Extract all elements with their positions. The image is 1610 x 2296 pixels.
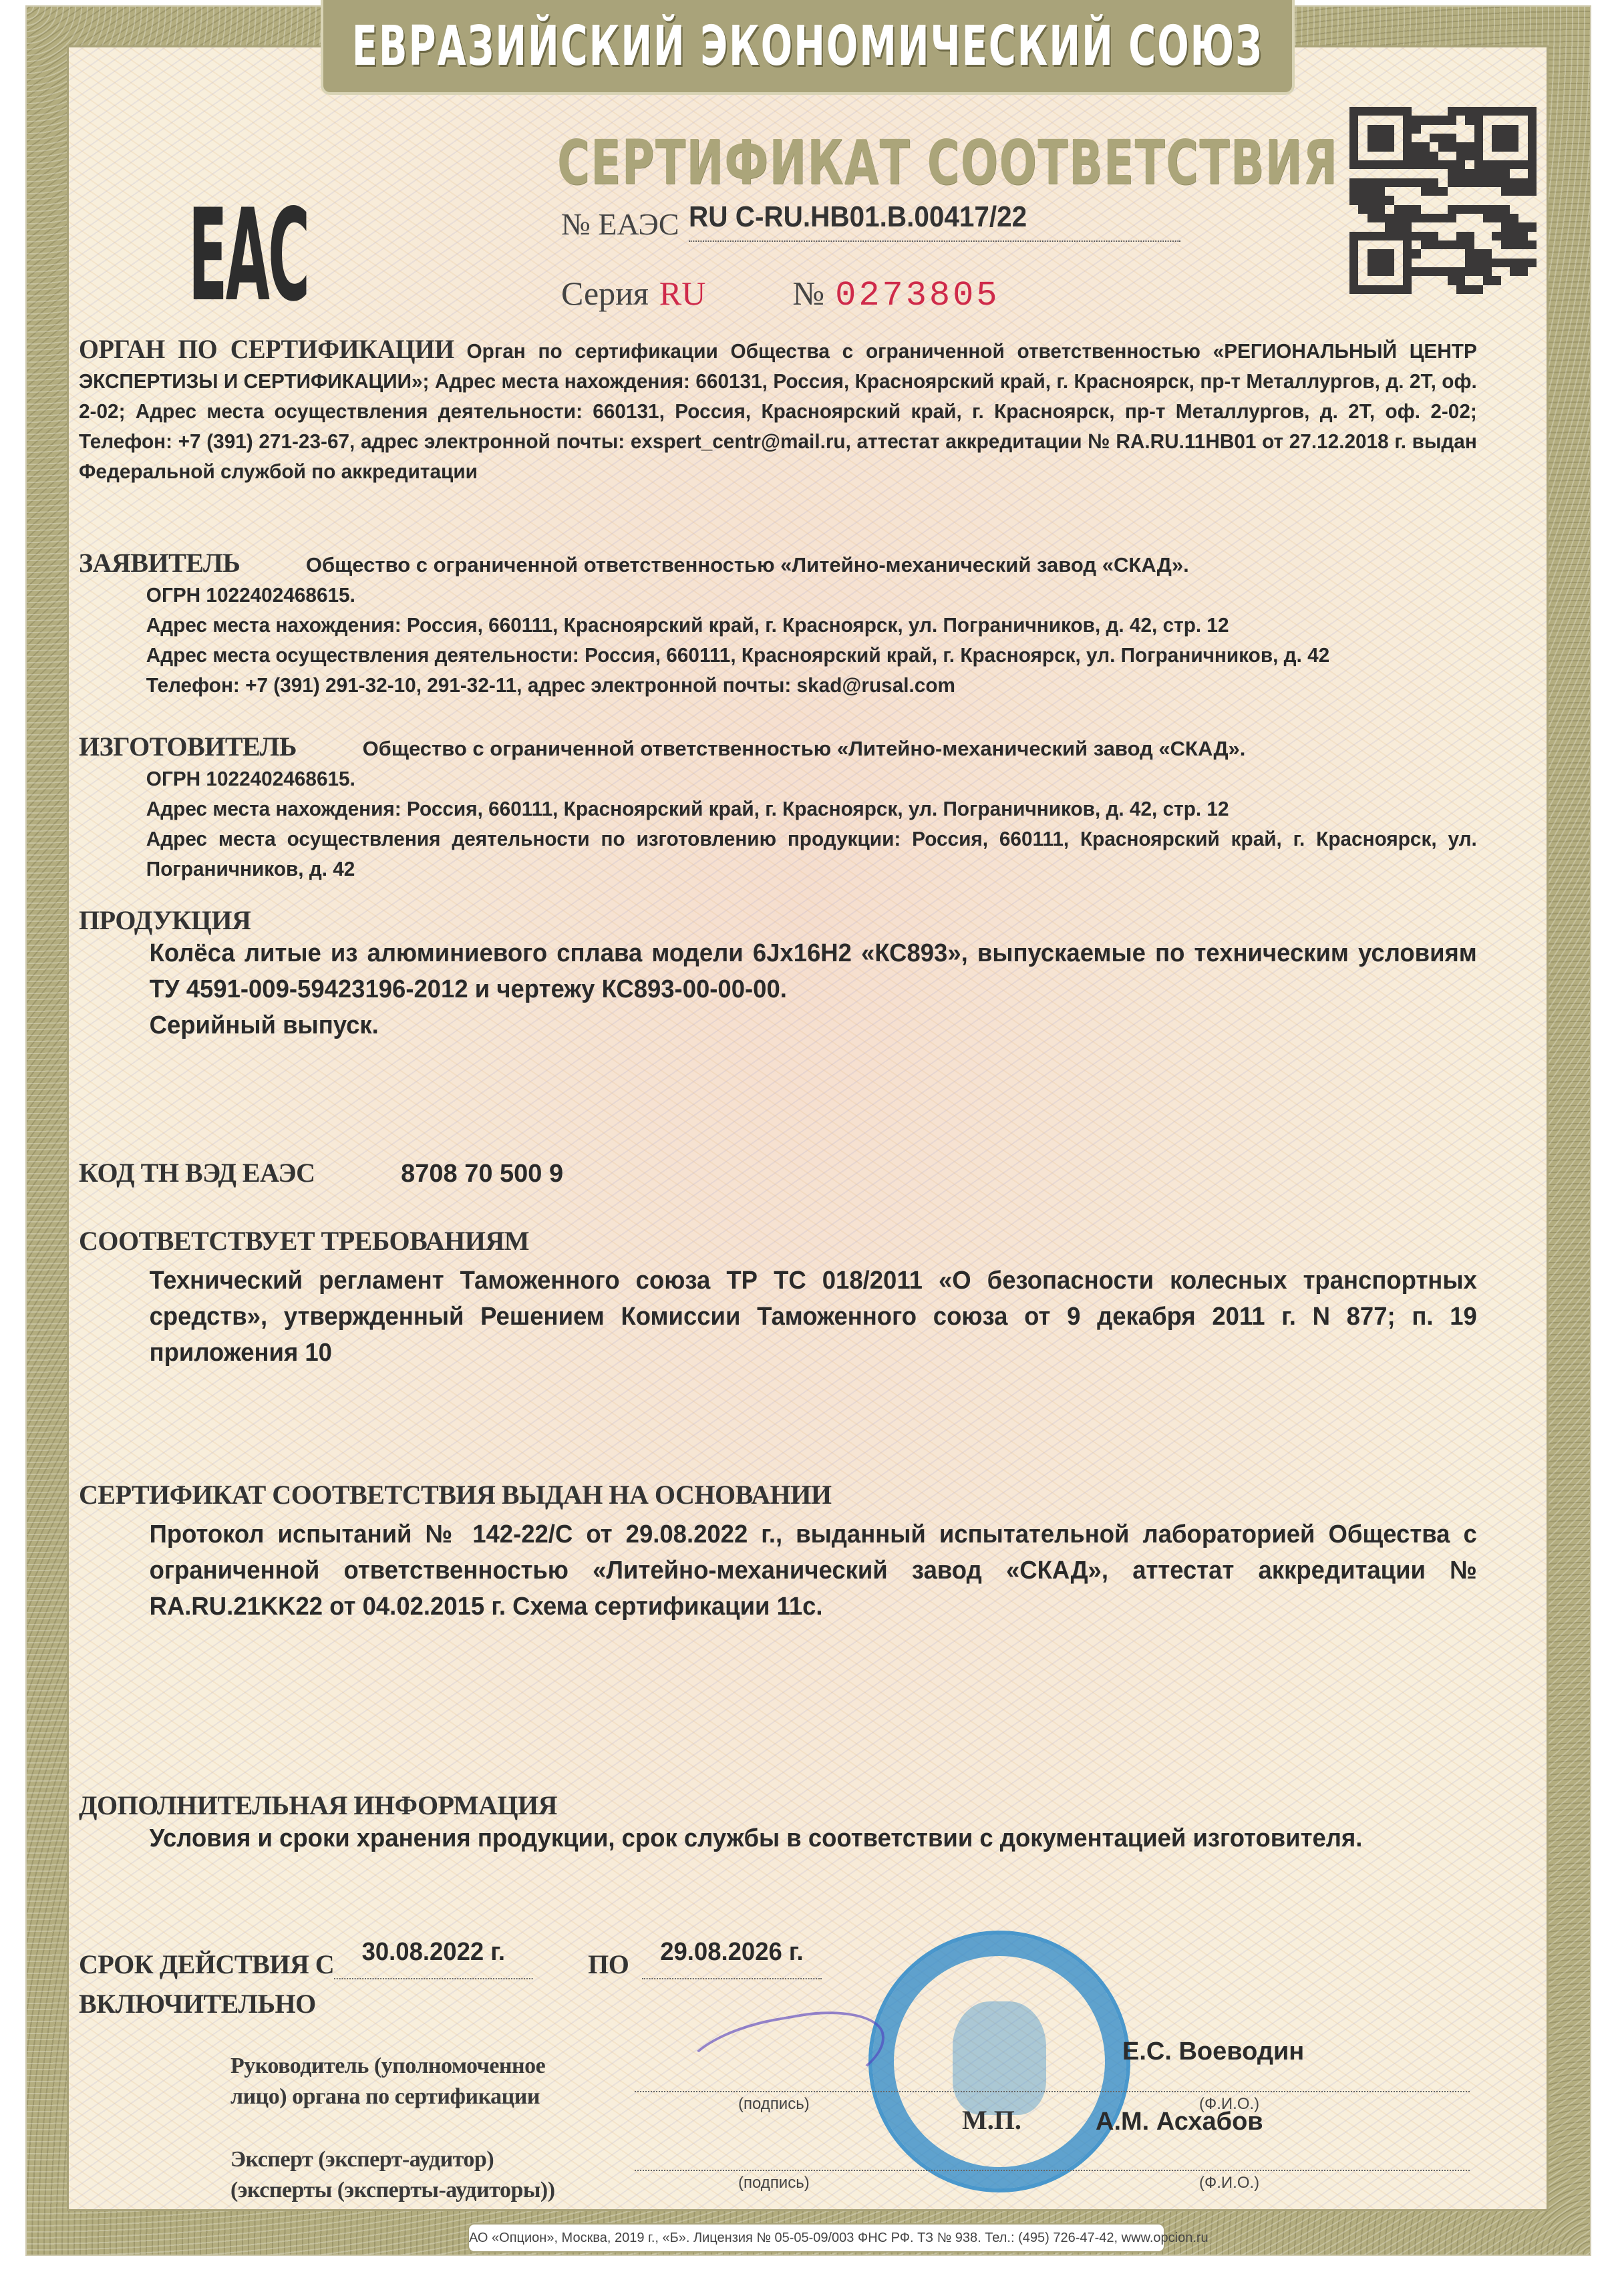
manufacturer-heading: ИЗГОТОВИТЕЛЬ	[79, 731, 297, 762]
eac-mark-icon: ЕАС	[188, 182, 308, 329]
product-heading: ПРОДУКЦИЯ	[79, 905, 1535, 935]
number-label: № ЕАЭС	[561, 206, 679, 242]
blank-number-label: №	[792, 274, 824, 313]
blank-number: 0273805	[835, 276, 999, 315]
section-applicant: ЗАЯВИТЕЛЬ Общество с ограниченной ответс…	[79, 548, 1535, 700]
qr-code-icon	[1349, 107, 1537, 294]
manufacturer-address: Адрес места нахождения: Россия, 660111, …	[79, 794, 1477, 824]
basis-text: Протокол испытаний № 142-22/С от 29.08.2…	[79, 1516, 1477, 1625]
applicant-heading: ЗАЯВИТЕЛЬ	[79, 548, 240, 578]
product-release: Серийный выпуск.	[79, 1007, 1477, 1043]
section-certification-body: ОРГАН ПО СЕРТИФИКАЦИИ Орган по сертифика…	[79, 334, 1535, 486]
validity-to-label: ПО	[588, 1949, 629, 1979]
requirements-text: Технический регламент Таможенного союза …	[79, 1263, 1477, 1371]
number-value: RU C-RU.HB01.B.00417/22	[689, 200, 1180, 242]
expert-signature-caption: (подпись)	[738, 2174, 810, 2192]
product-text: Колёса литые из алюминиевого сплава моде…	[79, 935, 1477, 1007]
union-banner: ЕВРАЗИЙСКИЙ ЭКОНОМИЧЕСКИЙ СОЮЗ	[321, 0, 1295, 95]
expert-name-caption: (Ф.И.О.)	[1199, 2174, 1259, 2192]
section-hs-code: КОД ТН ВЭД ЕАЭС 8708 70 500 9	[79, 1156, 1535, 1192]
applicant-address: Адрес места нахождения: Россия, 660111, …	[79, 610, 1477, 640]
certification-body-heading: ОРГАН ПО СЕРТИФИКАЦИИ	[79, 334, 454, 364]
series-label: Серия	[561, 274, 649, 313]
additional-text: Условия и сроки хранения продукции, срок…	[79, 1820, 1477, 1856]
requirements-heading: СООТВЕТСТВУЕТ ТРЕБОВАНИЯМ	[79, 1226, 1535, 1256]
applicant-name: Общество с ограниченной ответственностью…	[306, 553, 1189, 577]
seal-label: М.П.	[962, 2104, 1021, 2136]
head-signature-caption: (подпись)	[738, 2095, 810, 2114]
section-requirements: СООТВЕТСТВУЕТ ТРЕБОВАНИЯМ Технический ре…	[79, 1226, 1535, 1371]
expert-signatory-label: Эксперт (эксперт-аудитор) (эксперты (экс…	[230, 2144, 578, 2206]
expert-signature-line	[635, 2170, 1470, 2171]
certificate-title: СЕРТИФИКАТ СООТВЕТСТВИЯ	[557, 127, 1086, 198]
section-validity: СРОК ДЕЙСТВИЯ С 30.08.2022 г. ПО 29.08.2…	[79, 1937, 1535, 2019]
seal-stamp-icon	[868, 1931, 1130, 2192]
hs-code-heading: КОД ТН ВЭД ЕАЭС	[79, 1158, 315, 1188]
validity-from: 30.08.2022 г.	[334, 1937, 533, 1979]
validity-to: 29.08.2026 г.	[642, 1937, 822, 1979]
applicant-contacts: Телефон: +7 (391) 291-32-10, 291-32-11, …	[79, 670, 1477, 700]
manufacturer-production-address: Адрес места осуществления деятельности п…	[79, 824, 1477, 884]
manufacturer-ogrn: ОГРН 1022402468615.	[79, 764, 1477, 794]
printer-imprint: АО «Опцион», Москва, 2019 г., «Б». Лицен…	[468, 2223, 1165, 2253]
head-signatory-label: Руководитель (уполномоченное лицо) орган…	[230, 2051, 578, 2112]
series-value: RU	[659, 274, 705, 313]
additional-heading: ДОПОЛНИТЕЛЬНАЯ ИНФОРМАЦИЯ	[79, 1790, 1535, 1820]
section-basis: СЕРТИФИКАТ СООТВЕТСТВИЯ ВЫДАН НА ОСНОВАН…	[79, 1480, 1535, 1625]
applicant-activity-address: Адрес места осуществления деятельности: …	[79, 640, 1477, 670]
head-signature-line	[635, 2091, 1470, 2092]
union-title: ЕВРАЗИЙСКИЙ ЭКОНОМИЧЕСКИЙ СОЮЗ	[352, 15, 1263, 78]
section-additional-info: ДОПОЛНИТЕЛЬНАЯ ИНФОРМАЦИЯ Условия и срок…	[79, 1790, 1535, 1856]
manufacturer-name: Общество с ограниченной ответственностью…	[363, 737, 1246, 760]
applicant-ogrn: ОГРН 1022402468615.	[79, 580, 1477, 610]
section-manufacturer: ИЗГОТОВИТЕЛЬ Общество с ограниченной отв…	[79, 731, 1535, 884]
expert-name: А.М. Асхабов	[1096, 2108, 1263, 2136]
hs-code-value: 8708 70 500 9	[401, 1160, 563, 1188]
head-name: Е.С. Воеводин	[1122, 2037, 1304, 2066]
blank-series: Серия RU № 0273805	[561, 274, 1000, 315]
section-product: ПРОДУКЦИЯ Колёса литые из алюминиевого с…	[79, 905, 1535, 1043]
basis-heading: СЕРТИФИКАТ СООТВЕТСТВИЯ ВЫДАН НА ОСНОВАН…	[79, 1480, 1535, 1510]
validity-from-label: СРОК ДЕЙСТВИЯ С	[79, 1949, 334, 1979]
certificate-number: № ЕАЭС RU C-RU.HB01.B.00417/22	[561, 200, 1223, 242]
